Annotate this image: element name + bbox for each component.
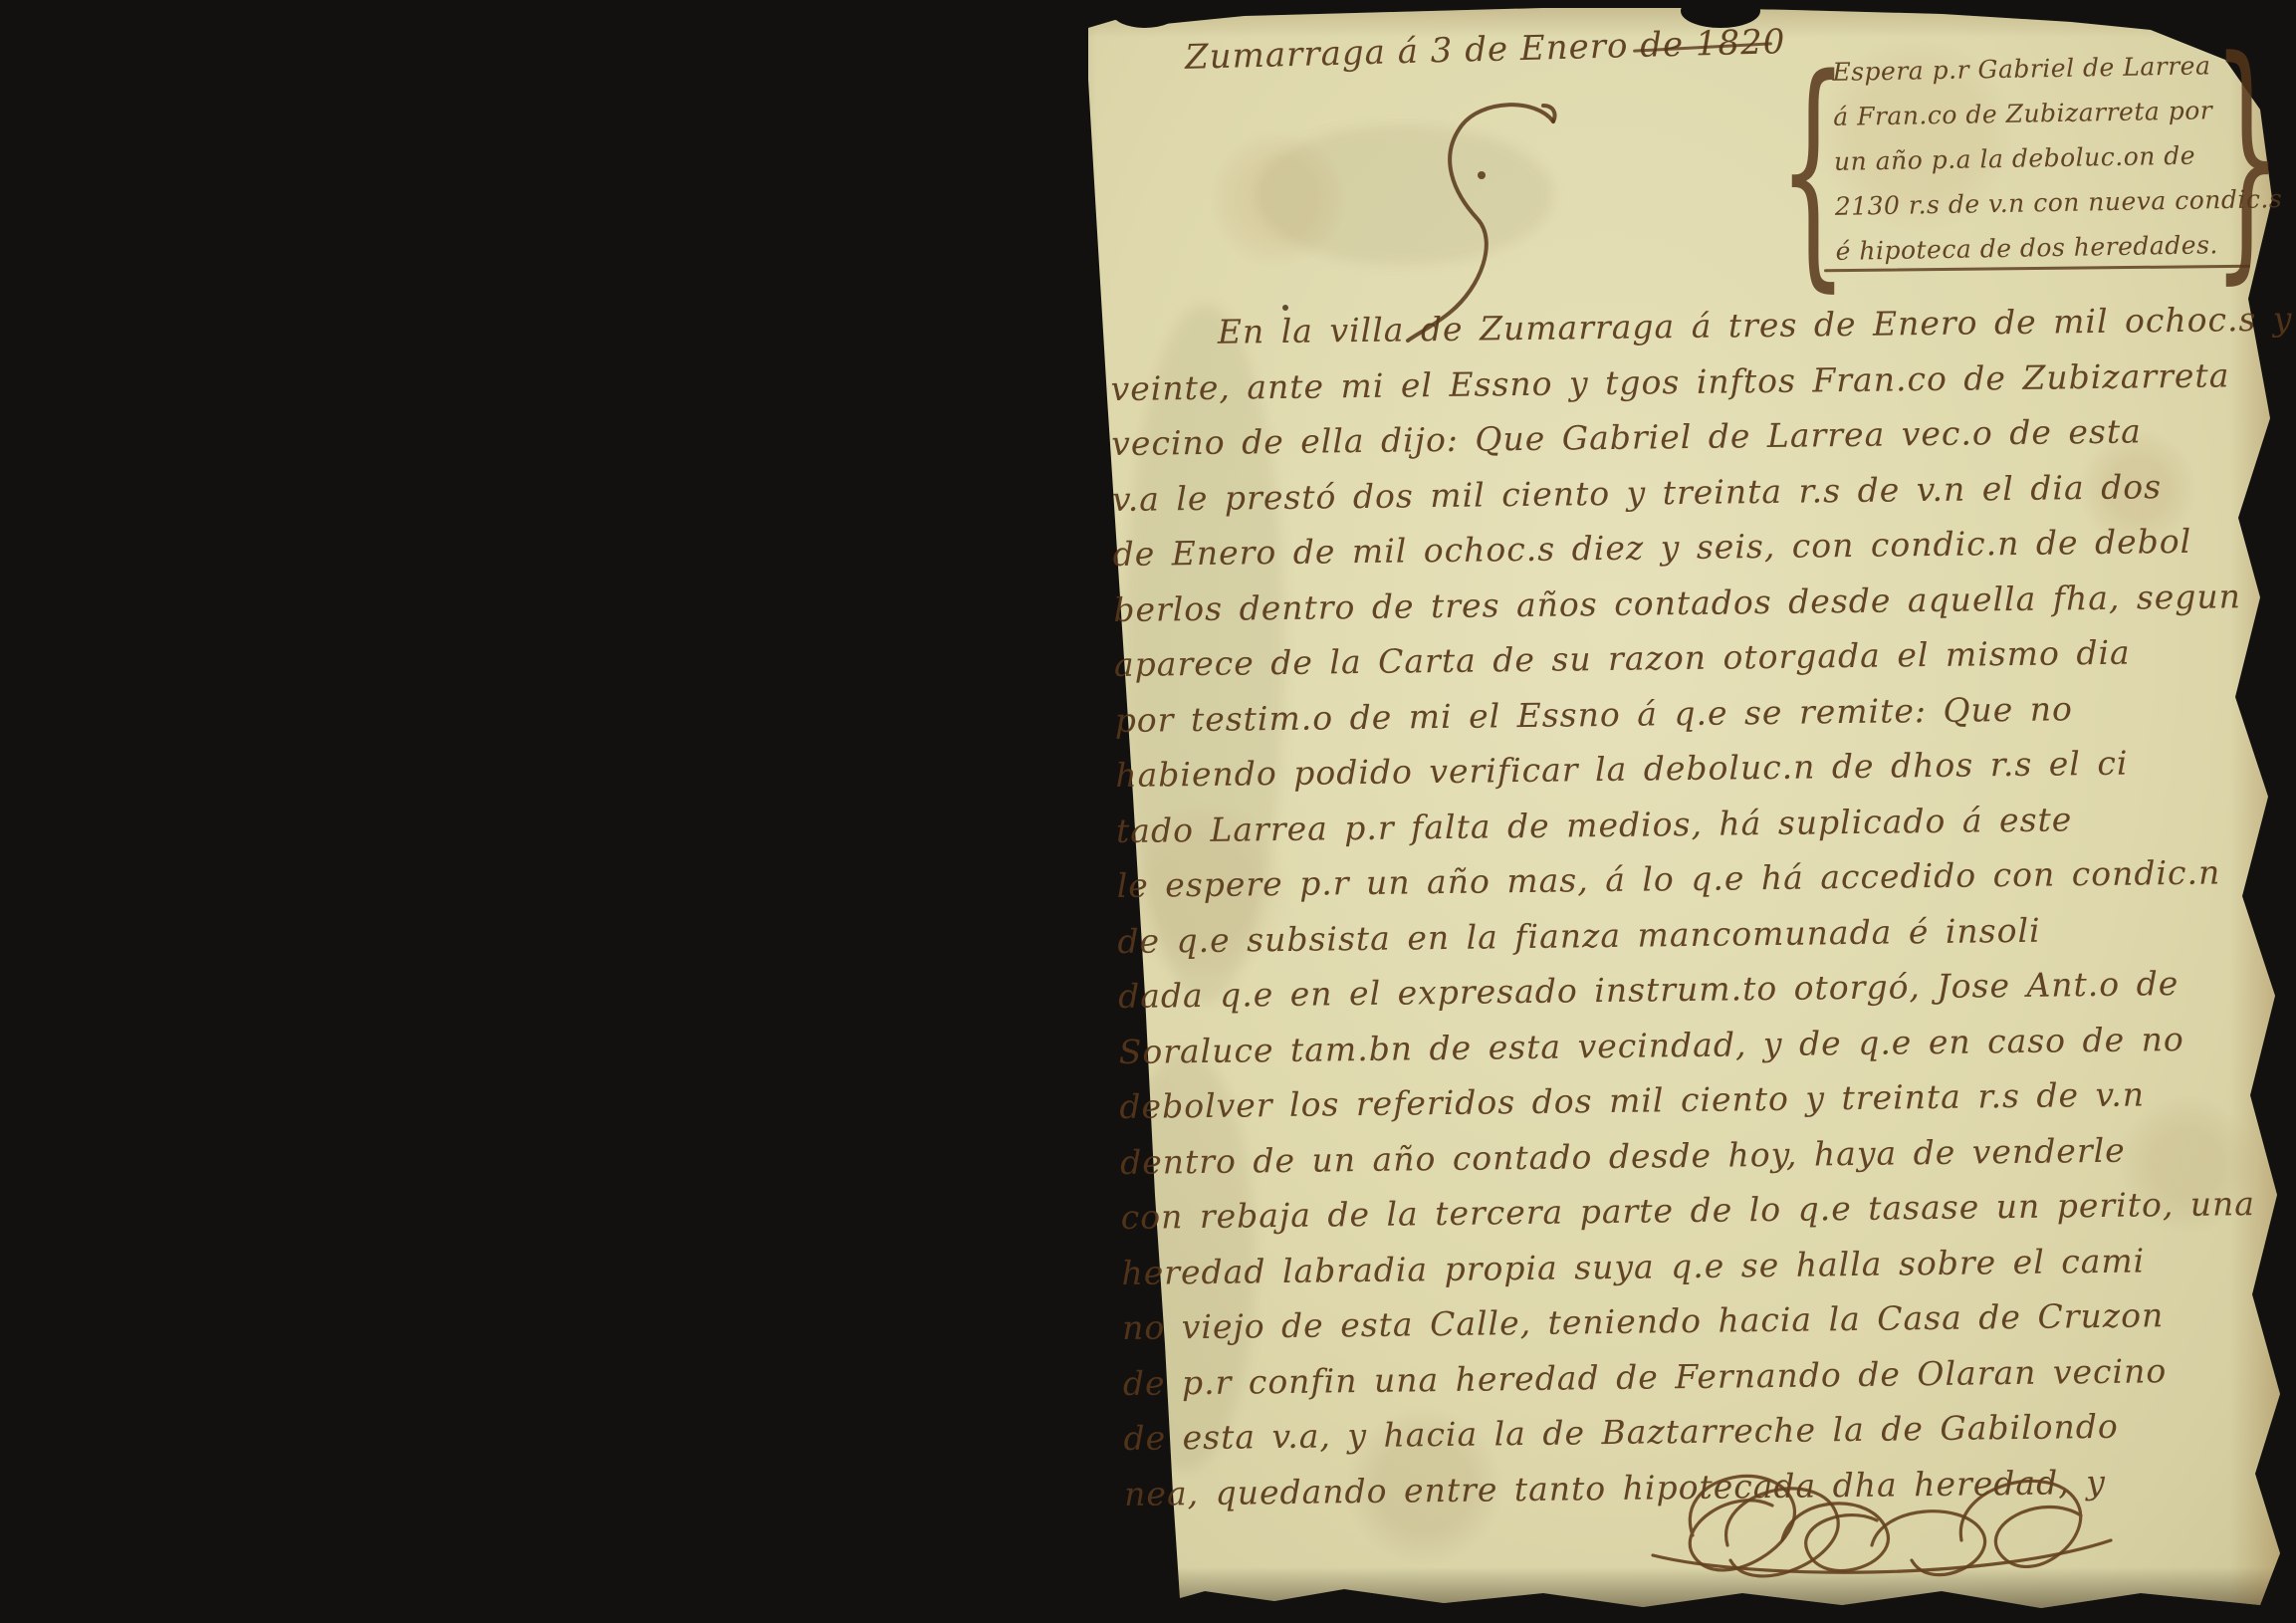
margin-note-line: Espera p.r Gabriel de Larrea <box>1832 42 2280 95</box>
margin-summary-note: Espera p.r Gabriel de Larreaá Fran.co de… <box>1832 42 2283 274</box>
margin-note-line: á Fran.co de Zubizarreta por <box>1833 87 2281 139</box>
binding-mark <box>1113 0 1177 28</box>
margin-note-line: un año p.a la deboluc.on de <box>1834 131 2282 184</box>
signature-rubric-icon <box>1633 1446 2131 1615</box>
body-text: En la villa de Zumarraga á tres de Enero… <box>1110 292 2270 1521</box>
margin-note-line: 2130 r.s de v.n con nueva condic.s <box>1834 176 2282 229</box>
